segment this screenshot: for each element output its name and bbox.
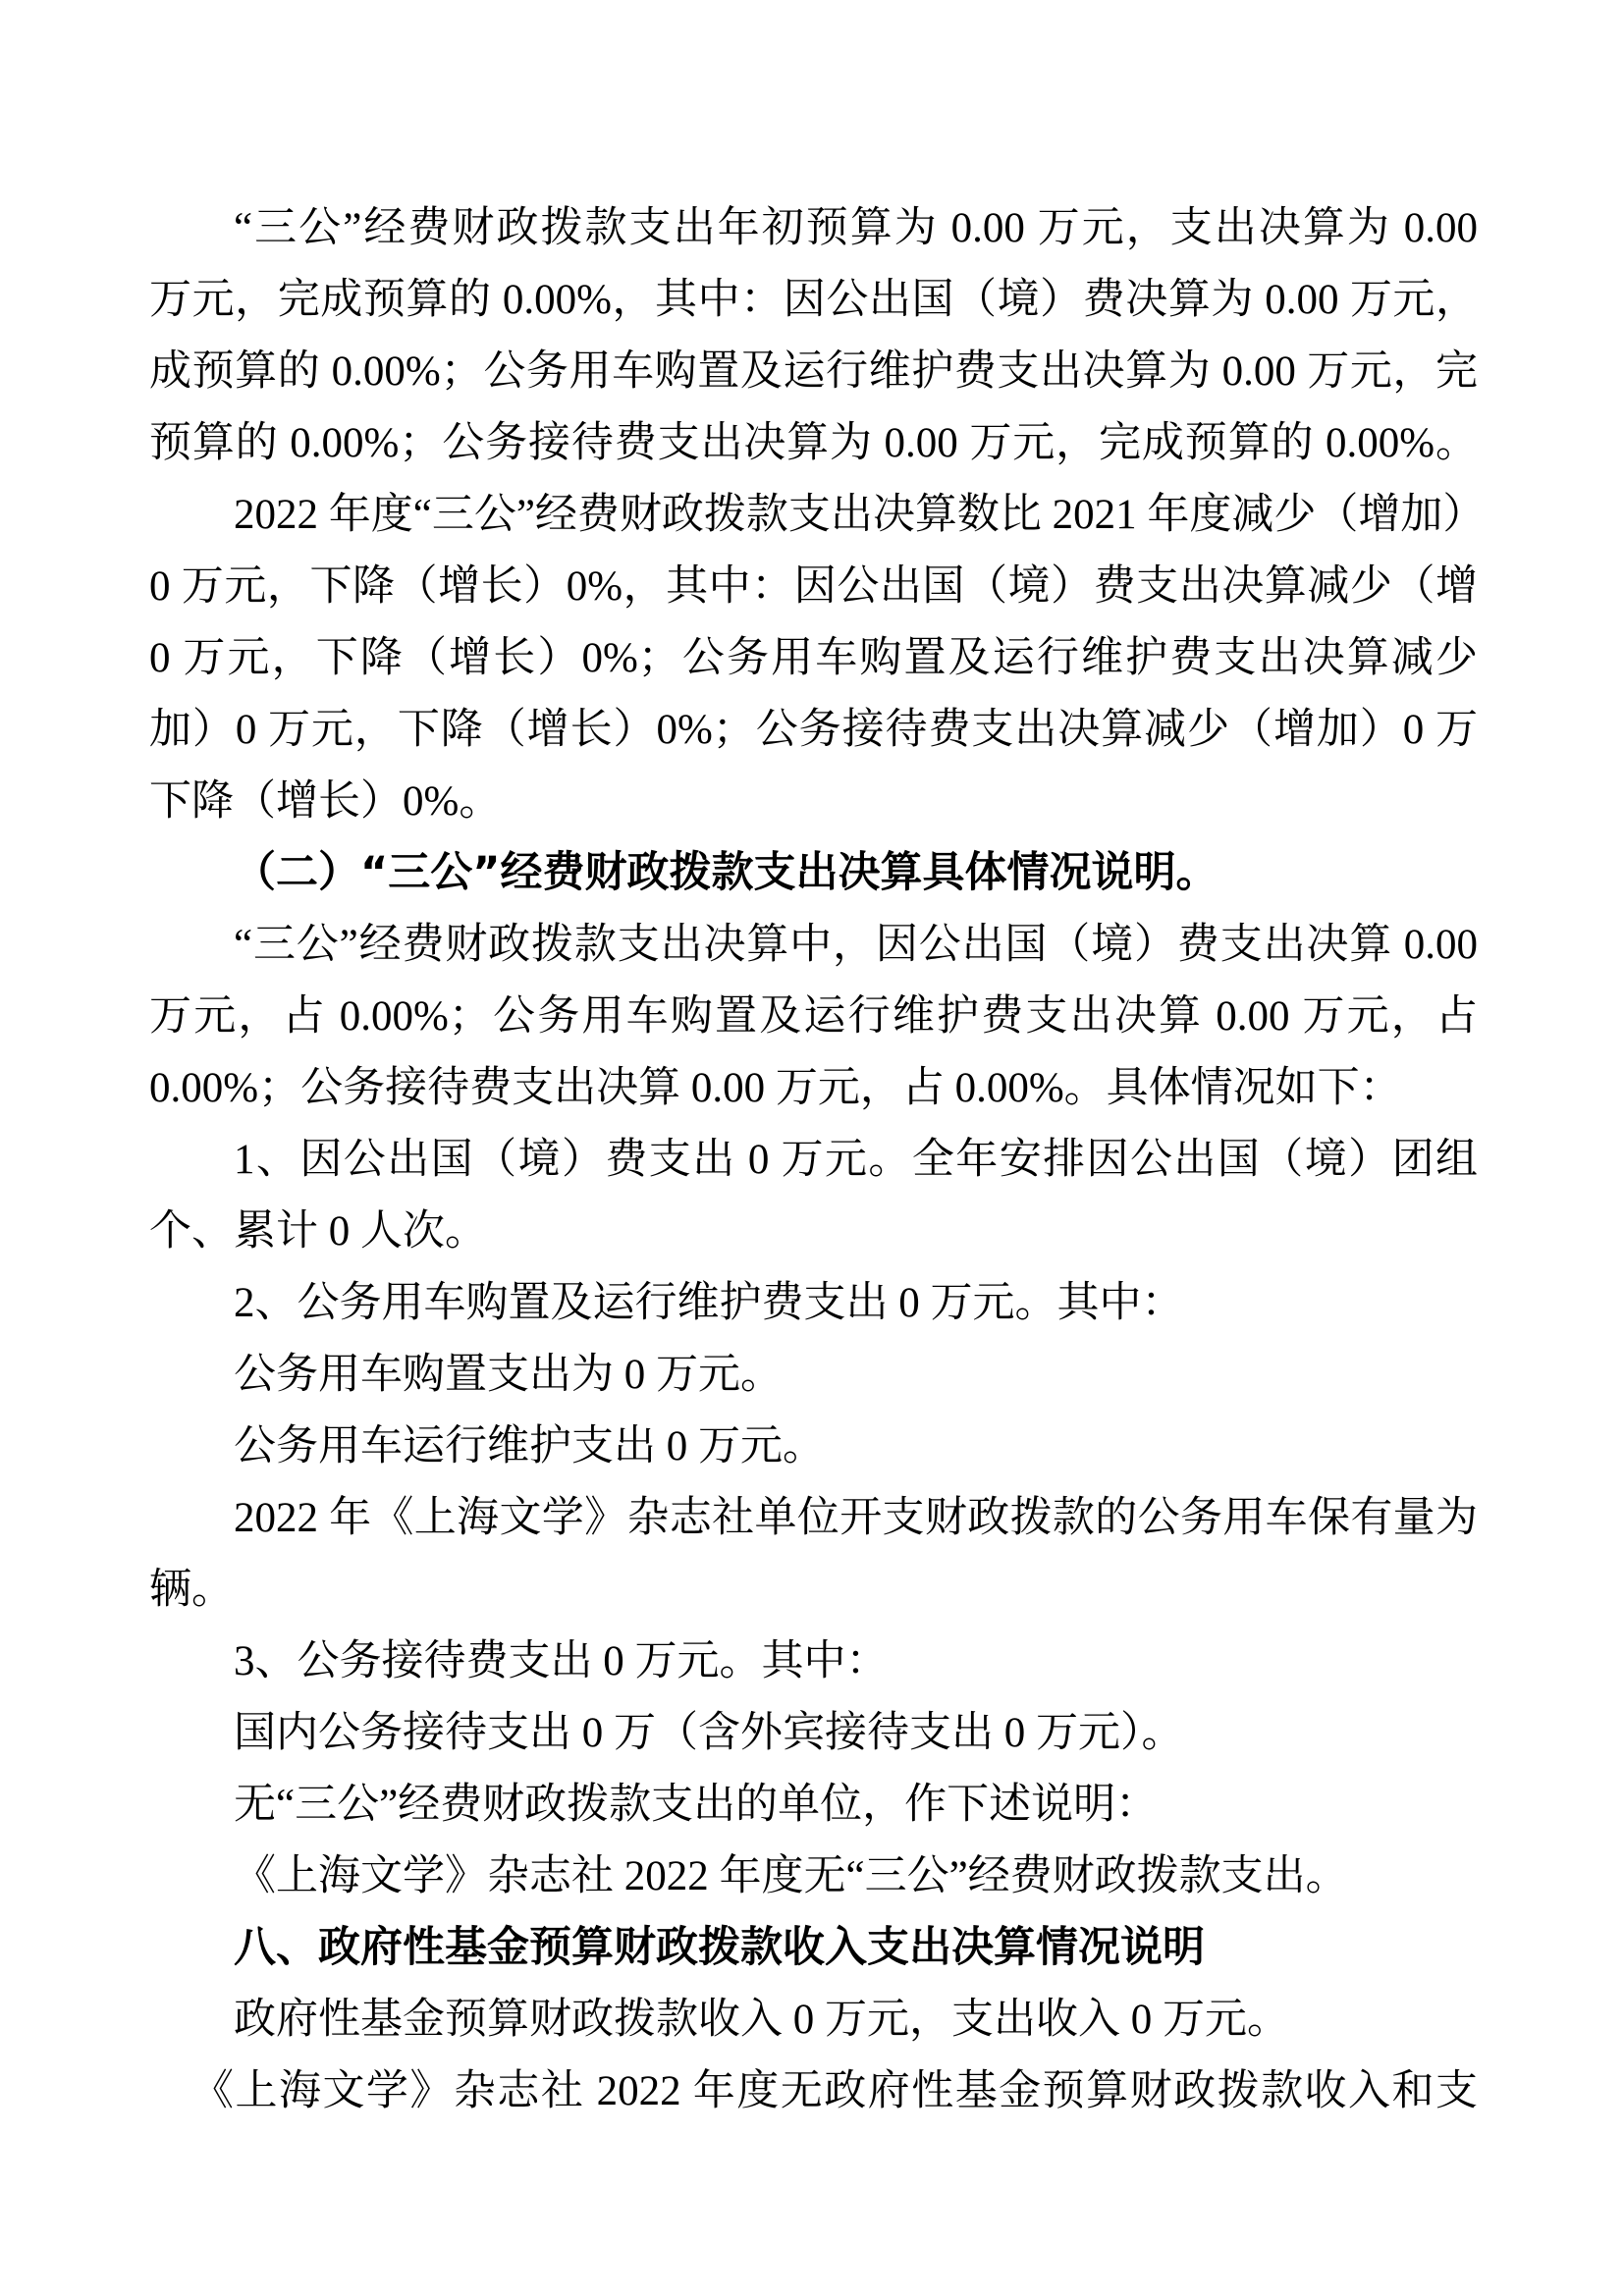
- text-line: 0 万元，下降（增长）0%，其中：因公出国（境）费支出决算减少（增加）: [149, 551, 1478, 622]
- text-line: 万元，占 0.00%；公务用车购置及运行维护费支出决算 0.00 万元，占: [149, 981, 1478, 1052]
- text-line: 3、公务接待费支出 0 万元。其中：: [149, 1626, 1478, 1697]
- text-line: 2022 年《上海文学》杂志社单位开支财政拨款的公务用车保有量为 0: [149, 1482, 1478, 1554]
- para-sangong-yoy-comparison: 2022 年度“三公”经费财政拨款支出决算数比 2021 年度减少（增加）0 万…: [149, 479, 1478, 837]
- text-line: 1、因公出国（境）费支出 0 万元。全年安排因公出国（境）团组 XX: [149, 1124, 1478, 1196]
- text-line: （二）“三公”经费财政拨款支出决算具体情况说明。: [149, 837, 1478, 909]
- text-line: 《上海文学》杂志社 2022 年度无“三公”经费财政拨款支出。: [149, 1841, 1478, 1912]
- heading-sangong-detail: （二）“三公”经费财政拨款支出决算具体情况说明。: [149, 837, 1478, 909]
- text-line: 公务用车运行维护支出 0 万元。: [149, 1411, 1478, 1482]
- document-page: “三公”经费财政拨款支出年初预算为 0.00 万元，支出决算为 0.00万元，完…: [0, 0, 1624, 2296]
- text-line: 公务用车购置支出为 0 万元。: [149, 1339, 1478, 1411]
- text-line: 下降（增长）0%。: [149, 766, 1478, 837]
- text-line: “三公”经费财政拨款支出决算中，因公出国（境）费支出决算 0.00: [149, 909, 1478, 981]
- para-item2-vehicle-maintenance: 公务用车运行维护支出 0 万元。: [149, 1411, 1478, 1482]
- text-line: 辆。: [149, 1554, 1478, 1626]
- para-no-sangong-statement: 《上海文学》杂志社 2022 年度无“三公”经费财政拨款支出。: [149, 1841, 1478, 1912]
- para-item1-abroad-expense: 1、因公出国（境）费支出 0 万元。全年安排因公出国（境）团组 XX个、累计 0…: [149, 1124, 1478, 1267]
- para-gov-fund-figures: 政府性基金预算财政拨款收入 0 万元，支出收入 0 万元。: [149, 1984, 1478, 2056]
- para-item2-vehicle-expense: 2、公务用车购置及运行维护费支出 0 万元。其中：: [149, 1267, 1478, 1339]
- para-item2-vehicle-purchase: 公务用车购置支出为 0 万元。: [149, 1339, 1478, 1411]
- text-line: 成预算的 0.00%；公务用车购置及运行维护费支出决算为 0.00 万元，完成: [149, 336, 1478, 407]
- para-item3-reception-expense: 3、公务接待费支出 0 万元。其中：: [149, 1626, 1478, 1697]
- text-line: 八、政府性基金预算财政拨款收入支出决算情况说明: [149, 1912, 1478, 1984]
- heading-section8-gov-fund: 八、政府性基金预算财政拨款收入支出决算情况说明: [149, 1912, 1478, 1984]
- text-line: 《上海文学》杂志社 2022 年度无政府性基金预算财政拨款收入和支出。: [149, 2056, 1478, 2127]
- para-no-sangong-note: 无“三公”经费财政拨款支出的单位，作下述说明：: [149, 1769, 1478, 1841]
- para-item3-domestic-reception: 国内公务接待支出 0 万（含外宾接待支出 0 万元）。: [149, 1697, 1478, 1769]
- text-line: 个、累计 0 人次。: [149, 1196, 1478, 1267]
- text-line: 国内公务接待支出 0 万（含外宾接待支出 0 万元）。: [149, 1697, 1478, 1769]
- text-line: 无“三公”经费财政拨款支出的单位，作下述说明：: [149, 1769, 1478, 1841]
- para-vehicle-holding: 2022 年《上海文学》杂志社单位开支财政拨款的公务用车保有量为 0辆。: [149, 1482, 1478, 1626]
- text-line: 0 万元，下降（增长）0%；公务用车购置及运行维护费支出决算减少（增: [149, 622, 1478, 694]
- text-line: 2、公务用车购置及运行维护费支出 0 万元。其中：: [149, 1267, 1478, 1339]
- text-line: 政府性基金预算财政拨款收入 0 万元，支出收入 0 万元。: [149, 1984, 1478, 2056]
- text-line: 万元，完成预算的 0.00%，其中：因公出国（境）费决算为 0.00 万元，完: [149, 264, 1478, 336]
- document-body: “三公”经费财政拨款支出年初预算为 0.00 万元，支出决算为 0.00万元，完…: [149, 192, 1478, 2127]
- text-line: 0.00%；公务接待费支出决算 0.00 万元，占 0.00%。具体情况如下：: [149, 1052, 1478, 1124]
- text-line: “三公”经费财政拨款支出年初预算为 0.00 万元，支出决算为 0.00: [149, 192, 1478, 264]
- text-line: 2022 年度“三公”经费财政拨款支出决算数比 2021 年度减少（增加）: [149, 479, 1478, 551]
- para-sangong-budget-vs-final: “三公”经费财政拨款支出年初预算为 0.00 万元，支出决算为 0.00万元，完…: [149, 192, 1478, 479]
- para-sangong-detail-breakdown: “三公”经费财政拨款支出决算中，因公出国（境）费支出决算 0.00万元，占 0.…: [149, 909, 1478, 1124]
- text-line: 预算的 0.00%；公务接待费支出决算为 0.00 万元，完成预算的 0.00%…: [149, 407, 1478, 479]
- text-line: 加）0 万元，下降（增长）0%；公务接待费支出决算减少（增加）0 万元，: [149, 694, 1478, 766]
- para-gov-fund-statement: 《上海文学》杂志社 2022 年度无政府性基金预算财政拨款收入和支出。: [149, 2056, 1478, 2127]
